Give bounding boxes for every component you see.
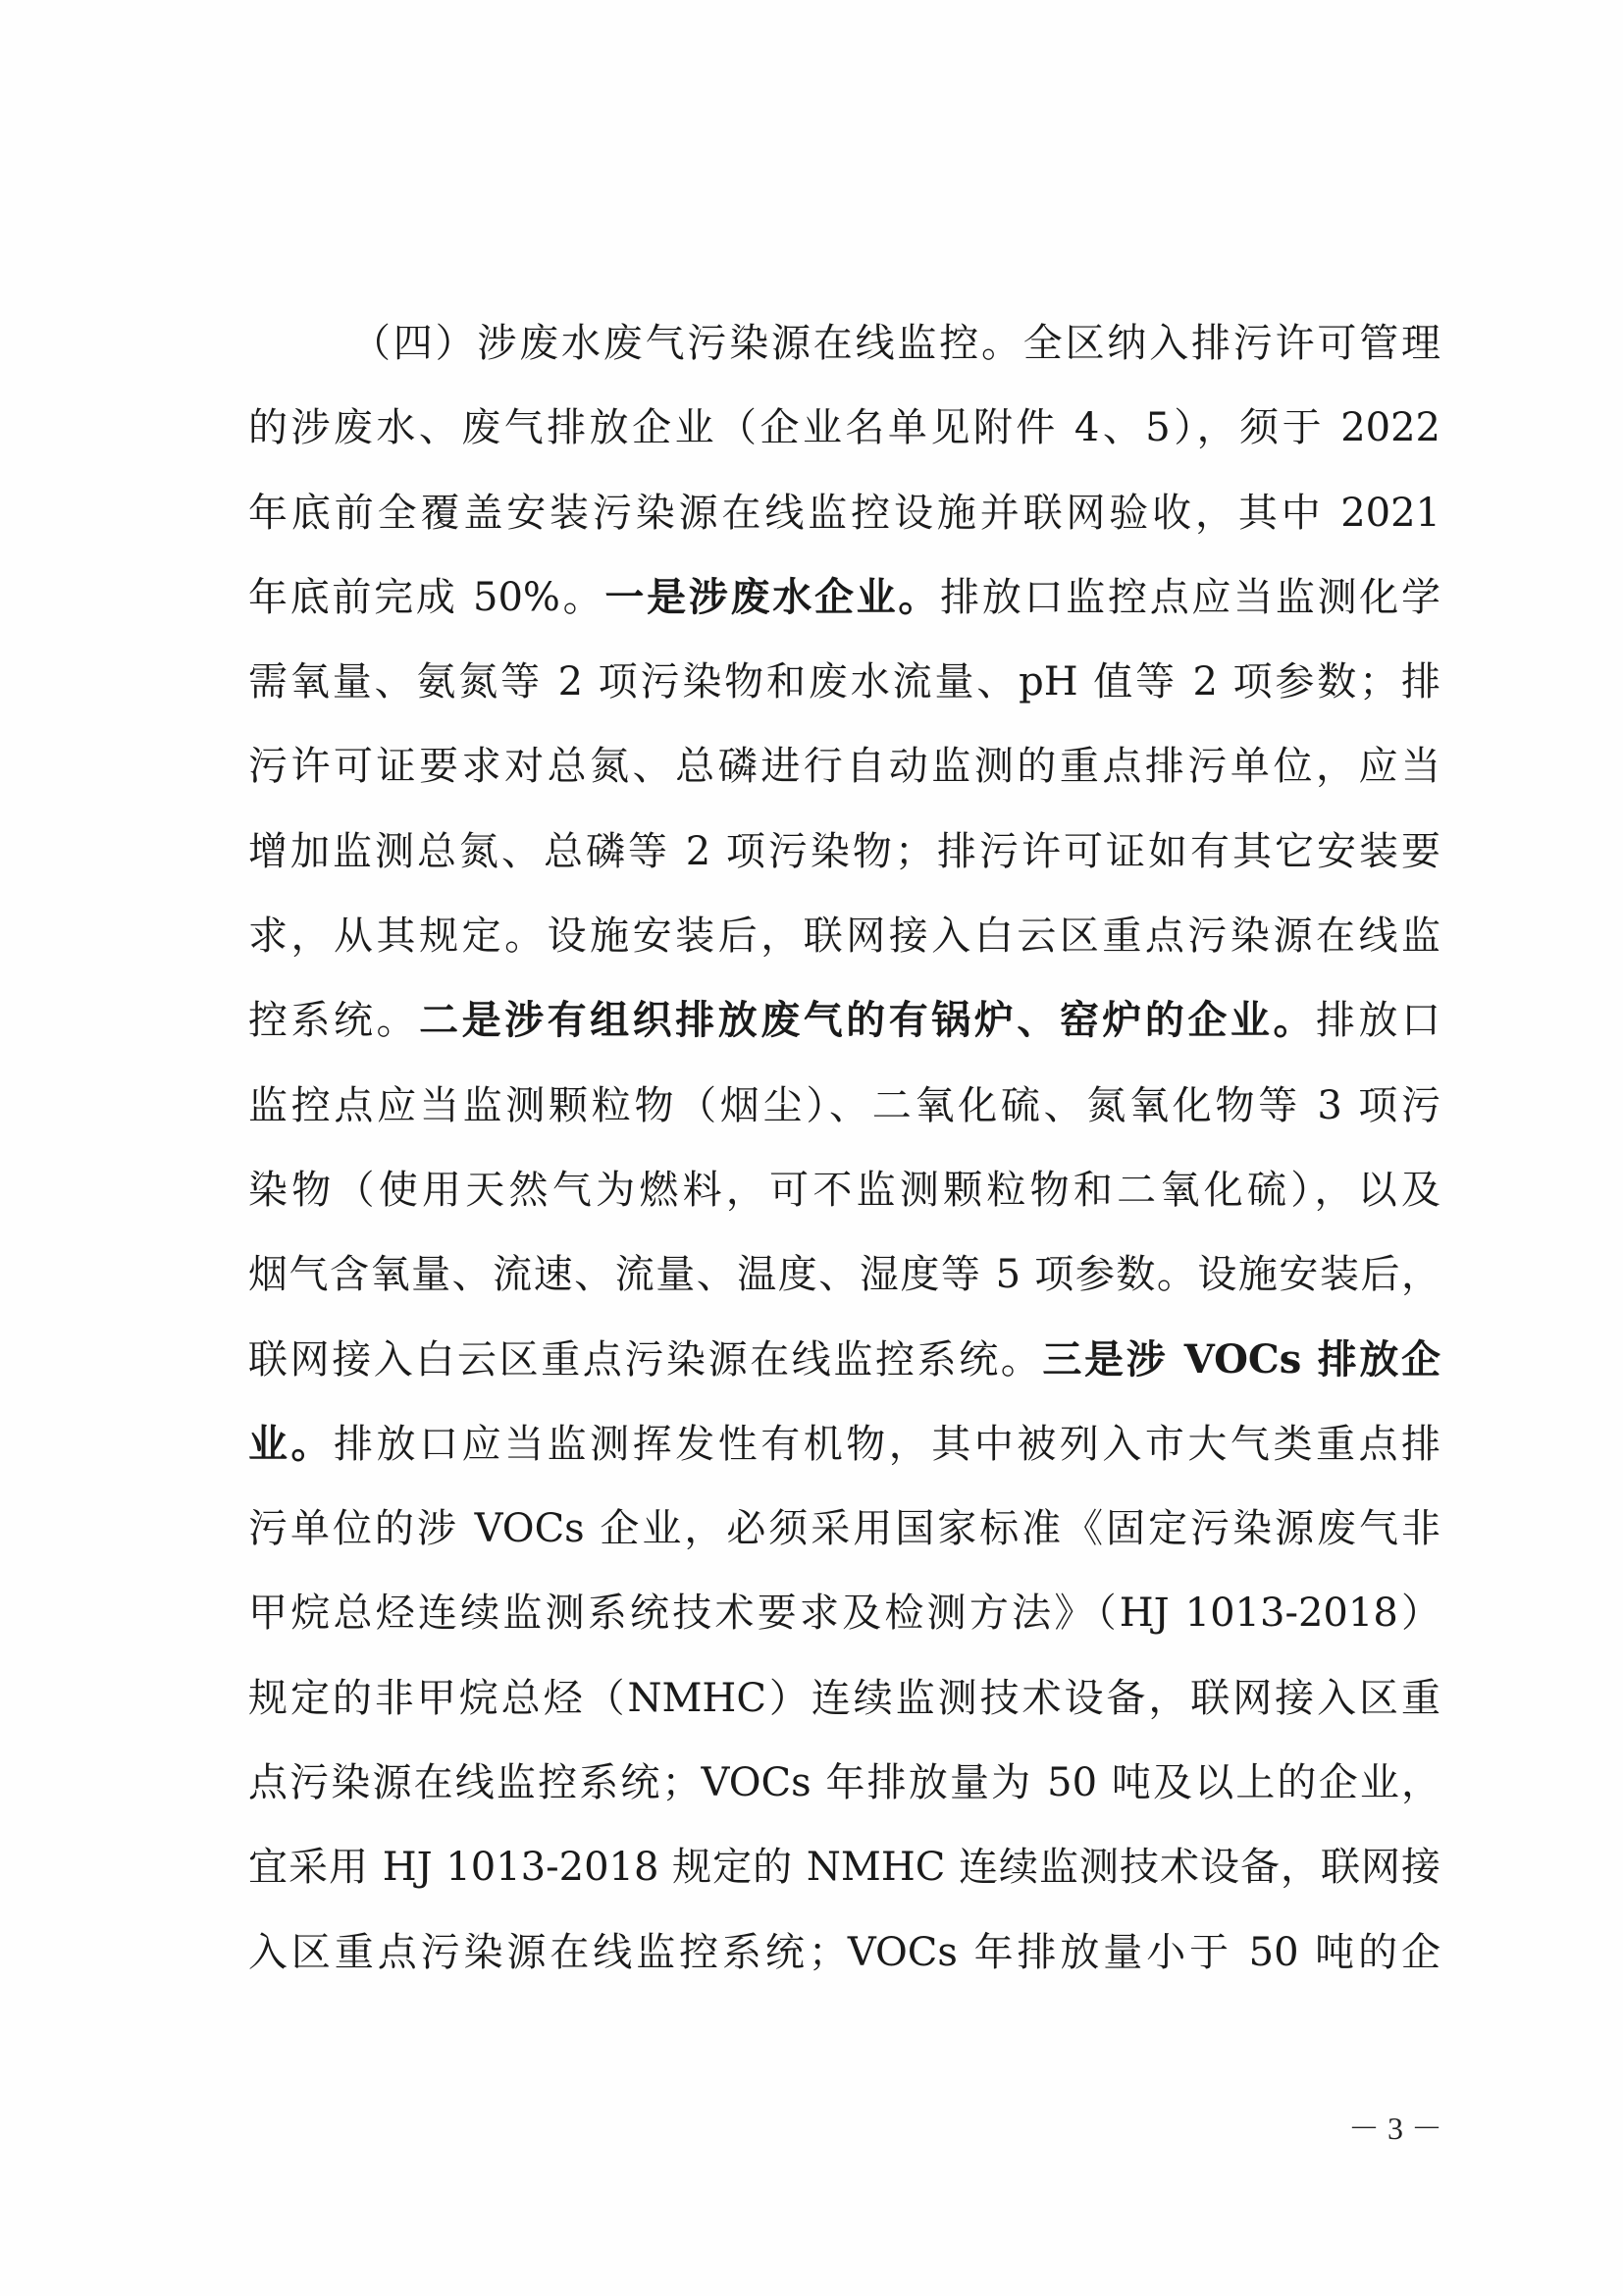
bold-heading-text: 一是涉废水企业。 bbox=[604, 574, 940, 620]
body-text-segment: 染物（使用天然气为燃料，可不监测颗粒物和二氧化硫），以及 bbox=[248, 1168, 1440, 1213]
body-text-segment: 排放口应当监测挥发性有机物，其中被列入市大气类重点排 bbox=[334, 1422, 1440, 1467]
body-text-segment: 排放口监控点应当监测化学 bbox=[940, 575, 1440, 620]
body-text-segment: 甲烷总烃连续监测系统技术要求及检测方法》（HJ 1013-2018） bbox=[248, 1591, 1440, 1636]
text-line: 求，从其规定。设施安装后，联网接入白云区重点污染源在线监 bbox=[248, 907, 1440, 991]
text-line: 点污染源在线监控系统；VOCs 年排放量为 50 吨及以上的企业， bbox=[248, 1753, 1440, 1838]
body-text-segment: 污单位的涉 VOCs 企业，必须采用国家标准《固定污染源废气非 bbox=[248, 1506, 1440, 1551]
text-line: 烟气含氧量、流速、流量、温度、湿度等 5 项参数。设施安装后， bbox=[248, 1245, 1440, 1330]
text-line: 业。排放口应当监测挥发性有机物，其中被列入市大气类重点排 bbox=[248, 1415, 1440, 1499]
body-text-segment: 联网接入白云区重点污染源在线监控系统。 bbox=[248, 1337, 1042, 1383]
bold-heading-text: 二是涉有组织排放废气的有锅炉、窑炉的企业。 bbox=[419, 997, 1316, 1043]
text-line: 需氧量、氨氮等 2 项污染物和废水流量、pH 值等 2 项参数；排 bbox=[248, 652, 1440, 737]
text-line: 入区重点污染源在线监控系统；VOCs 年排放量小于 50 吨的企 bbox=[248, 1923, 1440, 2008]
body-text-segment: 排放口 bbox=[1316, 998, 1440, 1043]
body-text-segment: 入区重点污染源在线监控系统；VOCs 年排放量小于 50 吨的企 bbox=[248, 1930, 1440, 1975]
text-line: 污单位的涉 VOCs 企业，必须采用国家标准《固定污染源废气非 bbox=[248, 1499, 1440, 1584]
text-line: 年底前完成 50%。一是涉废水企业。排放口监控点应当监测化学 bbox=[248, 568, 1440, 652]
text-line: 规定的非甲烷总烃（NMHC）连续监测技术设备，联网接入区重 bbox=[248, 1669, 1440, 1753]
body-text-segment: 宜采用 HJ 1013-2018 规定的 NMHC 连续监测技术设备，联网接 bbox=[248, 1845, 1440, 1890]
body-text-segment: 监控点应当监测颗粒物（烟尘）、二氧化硫、氮氧化物等 3 项污 bbox=[248, 1083, 1440, 1128]
text-line: 染物（使用天然气为燃料，可不监测颗粒物和二氧化硫），以及 bbox=[248, 1161, 1440, 1245]
text-line: 的涉废水、废气排放企业（企业名单见附件 4、5），须于 2022 bbox=[248, 398, 1440, 483]
body-text-segment: 控系统。 bbox=[248, 998, 419, 1043]
body-text-segment: 求，从其规定。设施安装后，联网接入白云区重点污染源在线监 bbox=[248, 913, 1440, 959]
body-text-segment: 点污染源在线监控系统；VOCs 年排放量为 50 吨及以上的企业， bbox=[248, 1760, 1440, 1805]
bold-heading-text: 业。 bbox=[248, 1421, 334, 1467]
body-text-segment: 需氧量、氨氮等 2 项污染物和废水流量、pH 值等 2 项参数；排 bbox=[248, 659, 1440, 704]
body-paragraph: （四）涉废水废气污染源在线监控。全区纳入排污许可管理的涉废水、废气排放企业（企业… bbox=[248, 314, 1440, 2008]
body-text-segment: 规定的非甲烷总烃（NMHC）连续监测技术设备，联网接入区重 bbox=[248, 1676, 1440, 1721]
document-page: （四）涉废水废气污染源在线监控。全区纳入排污许可管理的涉废水、废气排放企业（企业… bbox=[0, 0, 1623, 2296]
text-line: 联网接入白云区重点污染源在线监控系统。三是涉 VOCs 排放企 bbox=[248, 1331, 1440, 1415]
body-text-segment: 增加监测总氮、总磷等 2 项污染物；排污许可证如有其它安装要 bbox=[248, 829, 1440, 874]
page-number: － 3 － bbox=[1342, 2105, 1442, 2152]
text-line: 监控点应当监测颗粒物（烟尘）、二氧化硫、氮氧化物等 3 项污 bbox=[248, 1076, 1440, 1161]
body-text-segment: （四）涉废水废气污染源在线监控。全区纳入排污许可管理 bbox=[351, 321, 1440, 366]
bold-heading-text: 三是涉 VOCs 排放企 bbox=[1042, 1336, 1440, 1383]
body-text-segment: 年底前完成 50%。 bbox=[248, 575, 604, 620]
body-text-segment: 烟气含氧量、流速、流量、温度、湿度等 5 项参数。设施安装后， bbox=[248, 1252, 1440, 1297]
text-line: 甲烷总烃连续监测系统技术要求及检测方法》（HJ 1013-2018） bbox=[248, 1584, 1440, 1668]
text-line: 年底前全覆盖安装污染源在线监控设施并联网验收，其中 2021 bbox=[248, 484, 1440, 568]
text-line: 污许可证要求对总氮、总磷进行自动监测的重点排污单位，应当 bbox=[248, 737, 1440, 821]
body-text-segment: 年底前全覆盖安装污染源在线监控设施并联网验收，其中 2021 bbox=[248, 491, 1440, 536]
text-line: 宜采用 HJ 1013-2018 规定的 NMHC 连续监测技术设备，联网接 bbox=[248, 1838, 1440, 1922]
text-line: 增加监测总氮、总磷等 2 项污染物；排污许可证如有其它安装要 bbox=[248, 822, 1440, 907]
text-line: （四）涉废水废气污染源在线监控。全区纳入排污许可管理 bbox=[248, 314, 1440, 398]
body-text-segment: 的涉废水、废气排放企业（企业名单见附件 4、5），须于 2022 bbox=[248, 405, 1440, 450]
text-line: 控系统。二是涉有组织排放废气的有锅炉、窑炉的企业。排放口 bbox=[248, 991, 1440, 1075]
body-text-segment: 污许可证要求对总氮、总磷进行自动监测的重点排污单位，应当 bbox=[248, 744, 1440, 789]
